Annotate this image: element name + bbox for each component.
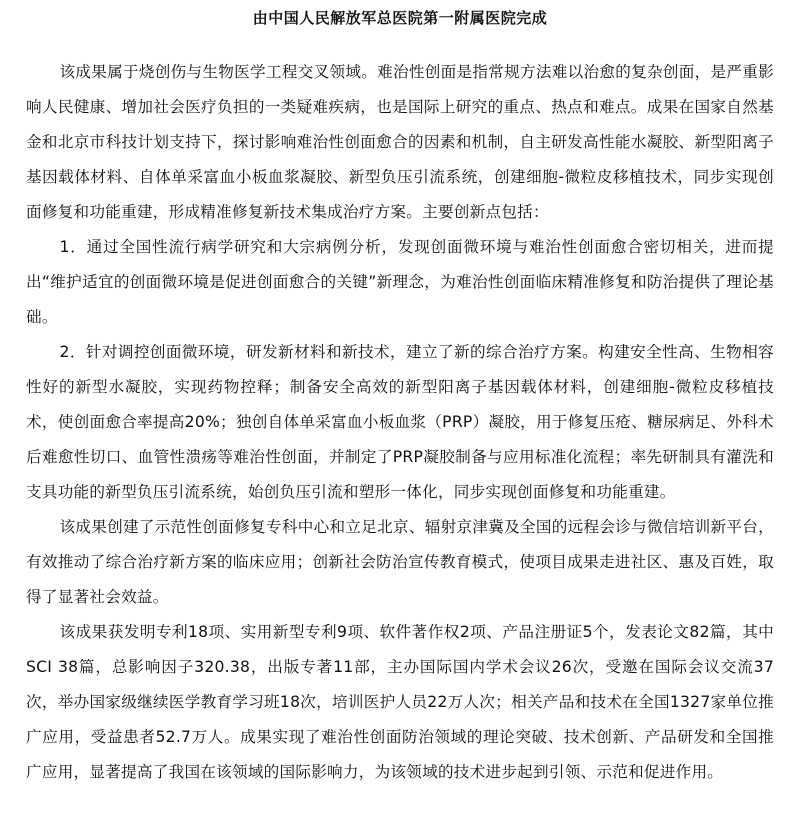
document-page: 由中国人民解放军总医院第一附属医院完成 该成果属于烧创伤与生物医学工程交叉领域。…: [0, 0, 800, 814]
paragraph-intro: 该成果属于烧创伤与生物医学工程交叉领域。难治性创面是指常规方法难以治愈的复杂创面…: [26, 55, 774, 230]
paragraph-application: 该成果创建了示范性创面修复专科中心和立足北京、辐射京津冀及全国的远程会诊与微信培…: [26, 510, 774, 615]
paragraph-innovation-1: 1．通过全国性流行病学研究和大宗病例分析，发现创面微环境与难治性创面愈合密切相关…: [26, 230, 774, 335]
paragraph-achievements: 该成果获发明专利18项、实用新型专利9项、软件著作权2项、产品注册证5个，发表论…: [26, 615, 774, 790]
document-body: 该成果属于烧创伤与生物医学工程交叉领域。难治性创面是指常规方法难以治愈的复杂创面…: [26, 55, 774, 790]
paragraph-innovation-2: 2．针对调控创面微环境，研发新材料和新技术，建立了新的综合治疗方案。构建安全性高…: [26, 335, 774, 510]
document-title: 由中国人民解放军总医院第一附属医院完成: [26, 0, 774, 28]
